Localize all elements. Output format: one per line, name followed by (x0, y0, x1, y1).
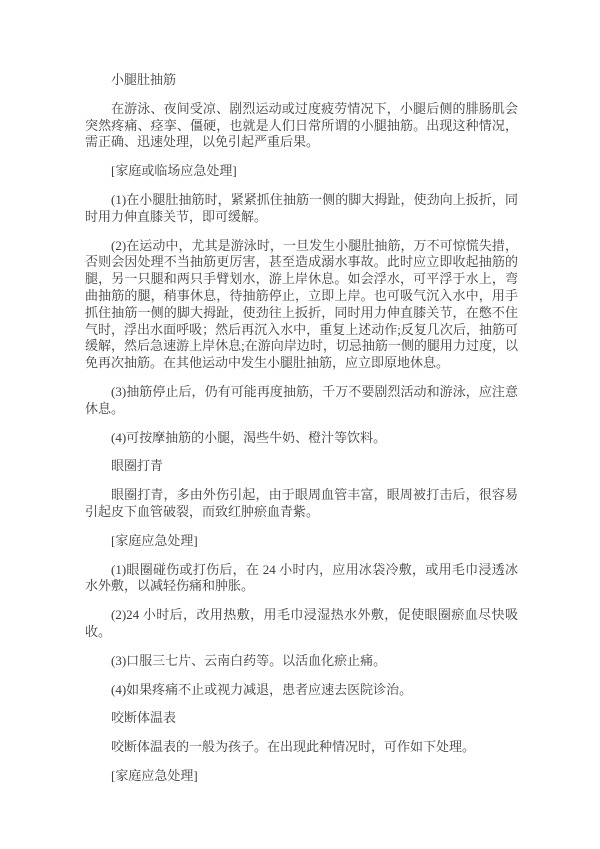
document-page: 小腿肚抽筋 在游泳、夜间受凉、剧烈运动或过度疲劳情况下，小腿后侧的腓肠肌会突然疼… (0, 0, 600, 849)
section-1-item-4: (4)可按摩抽筋的小腿，渴些牛奶、橙汁等饮料。 (85, 430, 518, 447)
section-3-title: 咬断体温表 (85, 710, 518, 727)
section-1-item-3: (3)抽筋停止后，仍有可能再度抽筋，千万不要剧烈活动和游泳，应注意休息。 (85, 384, 518, 418)
section-2-item-4: (4)如果疼痛不止或视力减退，患者应速去医院诊治。 (85, 682, 518, 699)
section-3-subheading: [家庭应急处理] (85, 768, 518, 785)
section-1-title: 小腿肚抽筋 (85, 72, 518, 89)
section-2-item-3: (3)口服三七片、云南白药等。以活血化瘀止痛。 (85, 653, 518, 670)
section-2-subheading: [家庭应急处理] (85, 533, 518, 550)
section-1-subheading: [家庭或临场应急处理] (85, 163, 518, 180)
section-3-intro: 咬断体温表的一般为孩子。在出现此种情况时，可作如下处理。 (85, 739, 518, 756)
section-1-item-1: (1)在小腿肚抽筋时，紧紧抓住抽筋一侧的脚大拇趾，使劲向上扳折，同时用力伸直膝关… (85, 192, 518, 226)
section-2-item-1: (1)眼圈碰伤或打伤后，在 24 小时内，应用冰袋冷敷，或用毛巾浸透冰水外敷，以… (85, 562, 518, 596)
section-2-intro: 眼圈打青，多由外伤引起，由于眼周血管丰富，眼周被打击后，很容易引起皮下血管破裂，… (85, 487, 518, 521)
document-content: 小腿肚抽筋 在游泳、夜间受凉、剧烈运动或过度疲劳情况下，小腿后侧的腓肠肌会突然疼… (0, 0, 600, 785)
section-1-intro: 在游泳、夜间受凉、剧烈运动或过度疲劳情况下，小腿后侧的腓肠肌会突然疼痛、痉挛、僵… (85, 101, 518, 151)
section-2-title: 眼圈打青 (85, 458, 518, 475)
section-1-item-2: (2)在运动中，尤其是游泳时，一旦发生小腿肚抽筋，万不可惊慌失措，否则会因处理不… (85, 238, 518, 372)
section-2-item-2: (2)24 小时后，改用热敷，用毛巾浸湿热水外敷，促使眼圈瘀血尽快吸收。 (85, 607, 518, 641)
